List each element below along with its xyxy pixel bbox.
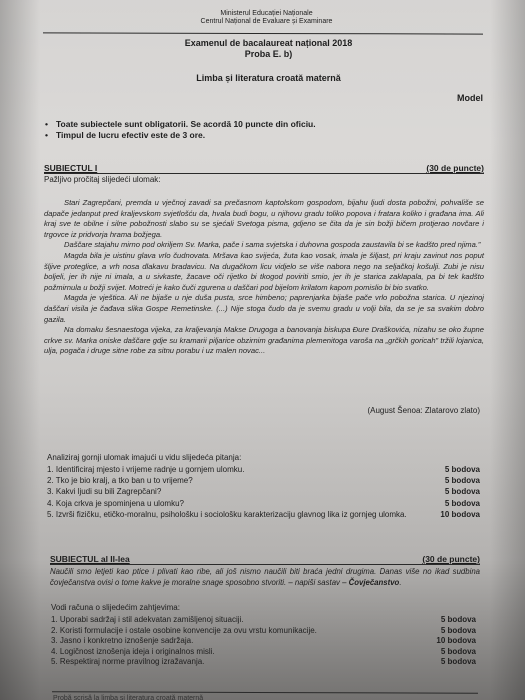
essay-title: Čovječanstvo (349, 578, 400, 587)
rule-text: Toate subiectele sunt obligatorii. Se ac… (56, 119, 316, 130)
passage-attribution: (August Šenoa: Zlatarovo zlato) (367, 406, 480, 415)
header-divider (43, 32, 483, 34)
question-item: 1. Identificiraj mjesto i vrijeme radnje… (47, 464, 480, 475)
requirement-points: 5 bodova (433, 615, 476, 626)
exam-proba: Proba E. b) (6, 49, 525, 60)
question-text: 2. Tko je bio kralj, a tko ban u to vrij… (47, 475, 193, 486)
page-footer: Probă scrisă la limba şi literatura croa… (53, 695, 203, 700)
rule-text: Timpul de lucru efectiv este de 3 ore. (56, 130, 205, 141)
model-label: Model (457, 93, 483, 103)
question-item: 3. Kakvi ljudi su bili Zagrepčani? 5 bod… (47, 486, 480, 497)
footer-divider (52, 691, 478, 693)
requirement-text: 3. Jasno i konkretno iznošenje sadržaja. (51, 636, 193, 647)
questions-intro: Analiziraj gornji ulomak imajući u vidu … (47, 453, 241, 462)
question-points: 5 bodova (437, 486, 480, 497)
passage-paragraph: Magda je vještica. Ali ne bijaše u nje d… (44, 293, 484, 325)
questions-list: 1. Identificiraj mjesto i vrijeme radnje… (47, 464, 480, 520)
question-text: 1. Identificiraj mjesto i vrijeme radnje… (47, 464, 244, 475)
exam-rules: • Toate subiectele sunt obligatorii. Se … (45, 119, 316, 141)
passage-paragraph: Magda bila je uistinu glava vrlo čudnova… (44, 251, 484, 293)
requirement-item: 3. Jasno i konkretno iznošenje sadržaja.… (51, 636, 476, 647)
question-text: 3. Kakvi ljudi su bili Zagrepčani? (47, 486, 161, 497)
question-item: 5. Izvrši fizičku, etičko-moralnu, psiho… (47, 509, 480, 520)
requirement-points: 5 bodova (433, 647, 476, 658)
question-points: 5 bodova (437, 498, 480, 509)
question-item: 2. Tko je bio kralj, a tko ban u to vrij… (47, 475, 480, 486)
exam-page: Ministerul Educației Naționale Centrul N… (0, 0, 525, 700)
subject2-points: (30 de puncte) (422, 554, 480, 564)
passage-paragraph: Daščare stajahu mirno pod okriljem Sv. M… (44, 240, 484, 251)
question-text: 5. Izvrši fizičku, etičko-moralnu, psiho… (47, 509, 432, 520)
requirements-list: 1. Uporabi sadržaj i stil adekvatan zami… (51, 615, 476, 668)
subject1-instruction: Pažljivo pročitaj slijedeći ulomak: (44, 175, 161, 184)
requirements-intro: Vodi računa o slijedećim zahtjevima: (51, 603, 180, 612)
passage-paragraph: Stari Zagrepčani, premda u vječnoj zavad… (44, 198, 484, 240)
requirement-text: 2. Koristi formulacije i ostale osobine … (51, 626, 317, 637)
essay-prompt-end: . (399, 578, 401, 587)
requirement-text: 5. Respektiraj norme pravilnog izražavan… (51, 657, 204, 668)
bullet-icon: • (45, 119, 56, 130)
requirement-item: 2. Koristi formulacije i ostale osobine … (51, 626, 476, 637)
requirement-points: 5 bodova (433, 626, 476, 637)
requirement-text: 1. Uporabi sadržaj i stil adekvatan zami… (51, 615, 244, 626)
passage-paragraph: Na domaku šesnaestoga vijeka, za kraljev… (44, 325, 484, 357)
exam-title-block: Examenul de bacalaureat național 2018 Pr… (6, 38, 525, 60)
question-points: 5 bodova (437, 464, 480, 475)
requirement-points: 10 bodova (428, 636, 476, 647)
question-text: 4. Koja crkva je spominjena u ulomku? (47, 498, 184, 509)
question-item: 4. Koja crkva je spominjena u ulomku? 5 … (47, 498, 480, 509)
evaluation-center-name: Centrul Național de Evaluare și Examinar… (8, 18, 525, 26)
subject2-title: SUBIECTUL al II-lea (50, 554, 130, 564)
subject1-points: (30 de puncte) (426, 163, 484, 173)
question-points: 10 bodova (432, 509, 480, 520)
subject1-heading: SUBIECTUL I (30 de puncte) (44, 163, 484, 174)
exam-title: Examenul de bacalaureat național 2018 (6, 38, 525, 49)
requirement-item: 5. Respektiraj norme pravilnog izražavan… (51, 657, 476, 668)
requirement-item: 4. Logičnost iznošenja ideja i originaln… (51, 647, 476, 658)
ministry-name: Ministerul Educației Naționale (8, 10, 525, 18)
bullet-icon: • (45, 130, 56, 141)
ministry-header: Ministerul Educației Naționale Centrul N… (0, 10, 525, 26)
requirement-item: 1. Uporabi sadržaj i stil adekvatan zami… (51, 615, 476, 626)
subject1-title: SUBIECTUL I (44, 163, 97, 173)
subject2-heading: SUBIECTUL al II-lea (30 de puncte) (50, 554, 480, 565)
subject-title: Limba și literatura croată maternă (6, 73, 525, 83)
literary-passage: Stari Zagrepčani, premda u vječnoj zavad… (44, 198, 484, 357)
requirement-text: 4. Logičnost iznošenja ideja i originaln… (51, 647, 215, 658)
essay-prompt-text: Naučili smo letjeti kao ptice i plivati … (50, 567, 480, 587)
rule-item: • Timpul de lucru efectiv este de 3 ore. (45, 130, 316, 141)
requirement-points: 5 bodova (433, 657, 476, 668)
question-points: 5 bodova (437, 475, 480, 486)
essay-prompt: Naučili smo letjeti kao ptice i plivati … (50, 566, 480, 588)
rule-item: • Toate subiectele sunt obligatorii. Se … (45, 119, 316, 130)
